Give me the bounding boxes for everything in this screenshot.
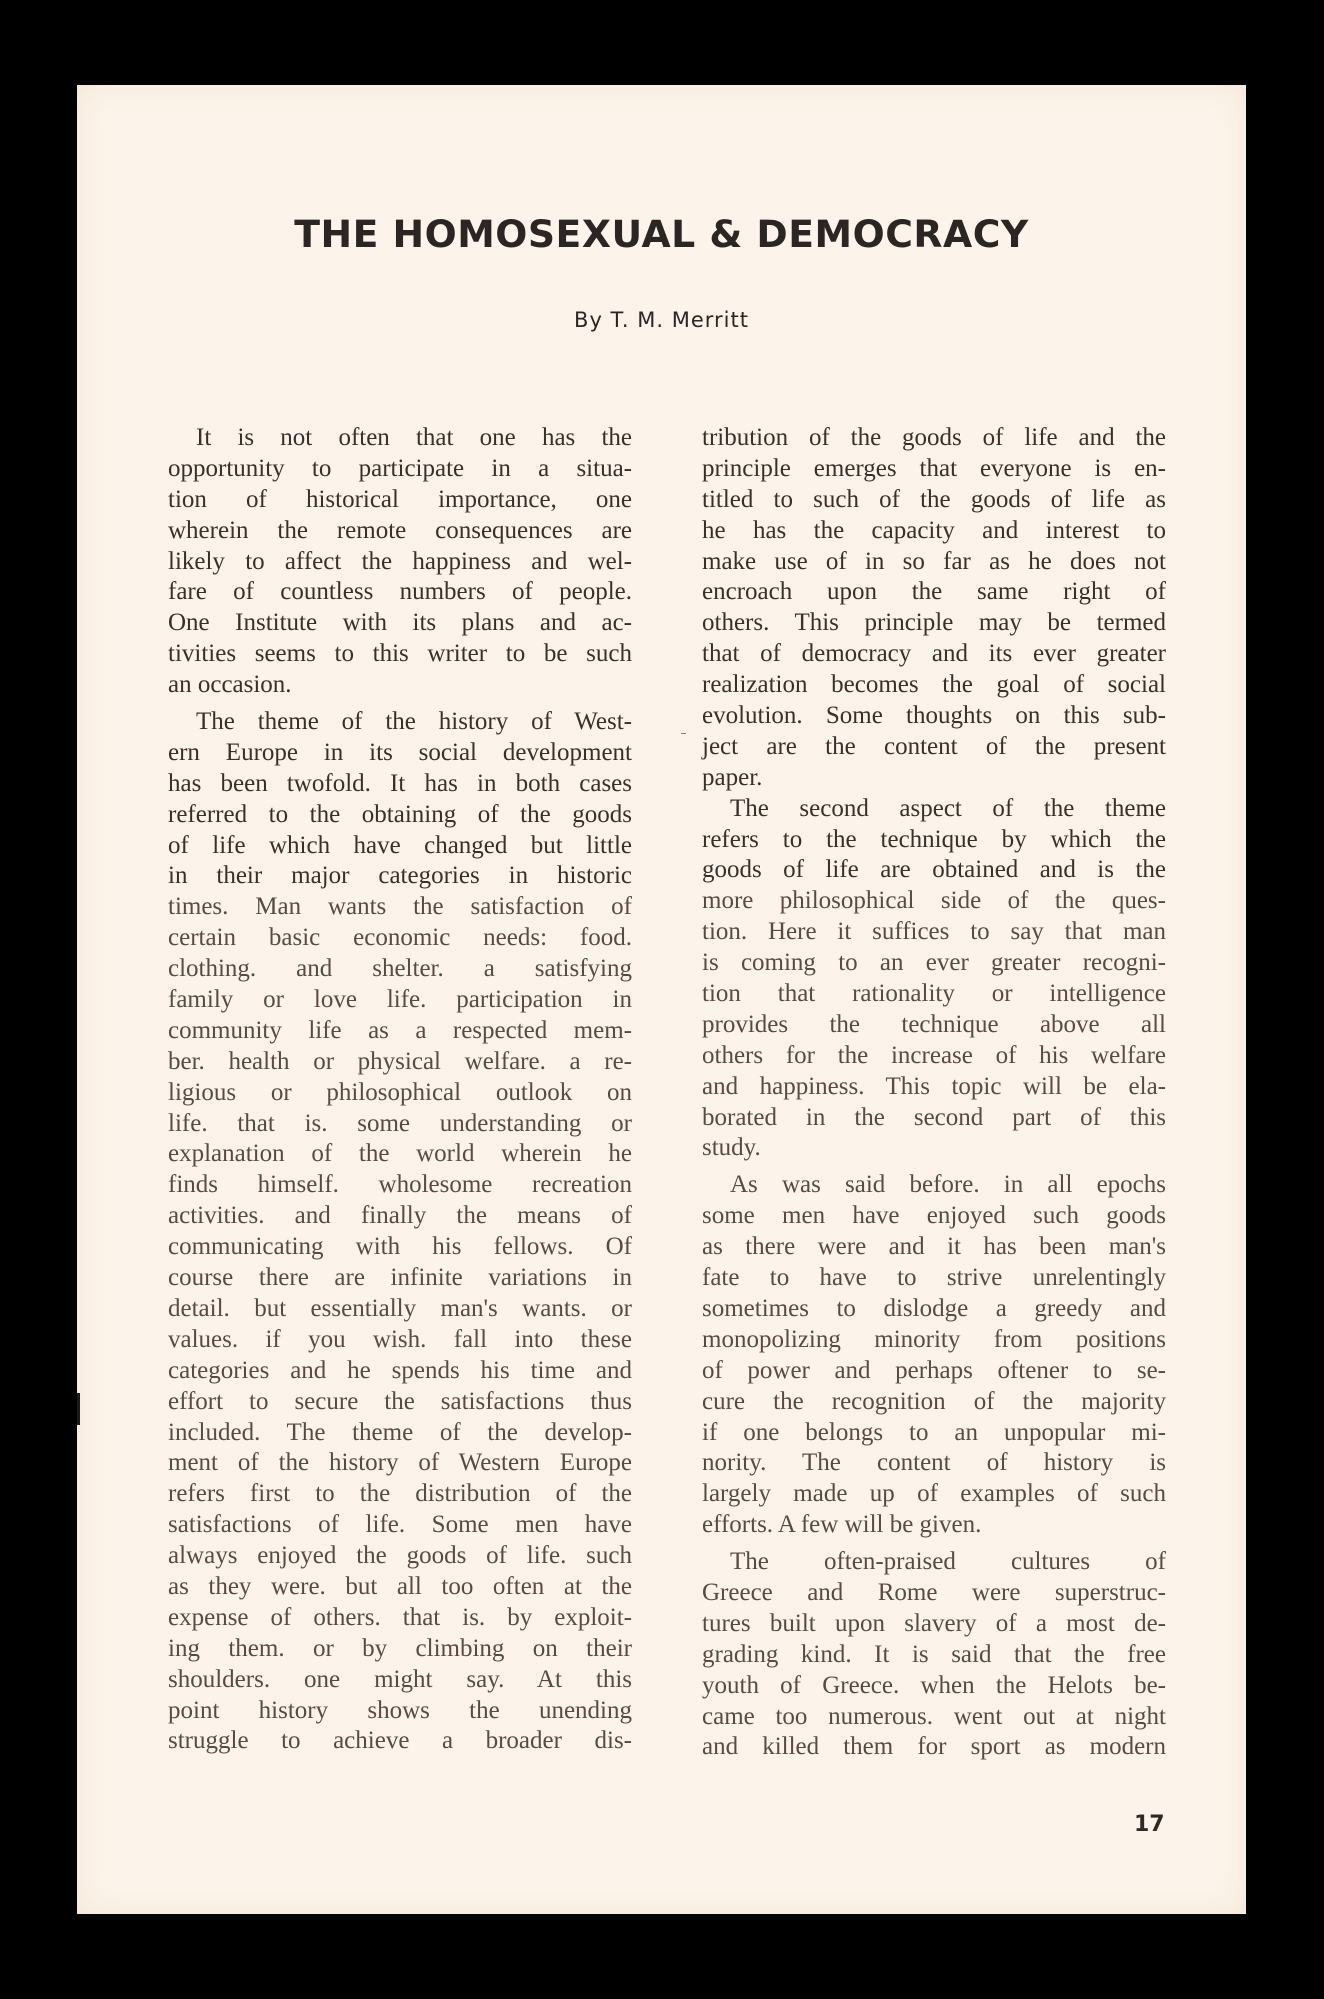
text-line: realization becomes the goal of social: [702, 670, 1166, 701]
text-line: Greece and Rome were superstruc-: [702, 1578, 1166, 1609]
text-line: monopolizing minority from positions: [702, 1325, 1166, 1356]
text-line: One Institute with its plans and ac-: [168, 608, 632, 639]
text-line: tion. Here it suffices to say that man: [702, 917, 1166, 948]
text-line: has been twofold. It has in both cases: [168, 769, 632, 800]
left-column: It is not often that one has the opportu…: [168, 423, 632, 1757]
text-line: is coming to an ever greater recogni-: [702, 948, 1166, 979]
text-line: ject are the content of the present: [702, 732, 1166, 763]
text-line: an occasion.: [168, 670, 632, 701]
text-line: ligious or philosophical outlook on: [168, 1078, 632, 1109]
paragraph: The often-praised cultures of Greece and…: [702, 1547, 1166, 1763]
text-line: fate to have to strive unrelentingly: [702, 1263, 1166, 1294]
paragraph: As was said before. in all epochs some m…: [702, 1170, 1166, 1541]
text-line: referred to the obtaining of the goods: [168, 800, 632, 831]
text-line: The often-praised cultures of: [702, 1547, 1166, 1578]
text-line: and happiness. This topic will be ela-: [702, 1072, 1166, 1103]
magazine-page: THE HOMOSEXUAL & DEMOCRACY By T. M. Merr…: [77, 85, 1246, 1914]
article-title: THE HOMOSEXUAL & DEMOCRACY: [65, 213, 1257, 256]
text-line: The second aspect of the theme: [702, 794, 1166, 825]
text-line: As was said before. in all epochs: [702, 1170, 1166, 1201]
text-line: make use of in so far as he does not: [702, 547, 1166, 578]
text-line: that of democracy and its ever greater: [702, 639, 1166, 670]
text-line: refers to the technique by which the: [702, 825, 1166, 856]
text-line: of power and perhaps oftener to se-: [702, 1356, 1166, 1387]
text-line: largely made up of examples of such: [702, 1479, 1166, 1510]
text-line: ber. health or physical welfare. a re-: [168, 1047, 632, 1078]
text-line: some men have enjoyed such goods: [702, 1201, 1166, 1232]
text-line: activities. and finally the means of: [168, 1201, 632, 1232]
text-line: if one belongs to an unpopular mi-: [702, 1418, 1166, 1449]
text-line: tion of historical importance, one: [168, 485, 632, 516]
text-line: explanation of the world wherein he: [168, 1139, 632, 1170]
text-line: of life which have changed but little: [168, 831, 632, 862]
text-line: always enjoyed the goods of life. such: [168, 1541, 632, 1572]
text-line: youth of Greece. when the Helots be-: [702, 1671, 1166, 1702]
text-line: more philosophical side of the ques-: [702, 886, 1166, 917]
text-line: titled to such of the goods of life as: [702, 485, 1166, 516]
right-column: tribution of the goods of life and the p…: [702, 423, 1166, 1763]
text-line: finds himself. wholesome recreation: [168, 1170, 632, 1201]
text-line: borated in the second part of this: [702, 1103, 1166, 1134]
text-line: life. that is. some understanding or: [168, 1109, 632, 1140]
text-line: ern Europe in its social development: [168, 738, 632, 769]
text-line: paper.: [702, 763, 1166, 794]
text-line: communicating with his fellows. Of: [168, 1232, 632, 1263]
text-line: and killed them for sport as modern: [702, 1732, 1166, 1763]
text-line: came too numerous. went out at night: [702, 1702, 1166, 1733]
binding-edge-mark: [77, 1393, 80, 1425]
text-line: goods of life are obtained and is the: [702, 855, 1166, 886]
text-line: times. Man wants the satisfaction of: [168, 892, 632, 923]
text-line: others. This principle may be termed: [702, 608, 1166, 639]
text-line: shoulders. one might say. At this: [168, 1665, 632, 1696]
text-line: likely to affect the happiness and wel-: [168, 547, 632, 578]
text-line: as they were. but all too often at the: [168, 1572, 632, 1603]
article-byline: By T. M. Merritt: [77, 308, 1246, 332]
text-line: provides the technique above all: [702, 1010, 1166, 1041]
text-line: tivities seems to this writer to be such: [168, 639, 632, 670]
text-line: effort to secure the satisfactions thus: [168, 1387, 632, 1418]
text-line: values. if you wish. fall into these: [168, 1325, 632, 1356]
text-line: ing them. or by climbing on their: [168, 1634, 632, 1665]
text-line: tures built upon slavery of a most de-: [702, 1609, 1166, 1640]
text-line: grading kind. It is said that the free: [702, 1640, 1166, 1671]
text-line: point history shows the unending: [168, 1696, 632, 1727]
text-line: tion that rationality or intelligence: [702, 979, 1166, 1010]
text-line: he has the capacity and interest to: [702, 516, 1166, 547]
text-line: categories and he spends his time and: [168, 1356, 632, 1387]
paragraph: The theme of the history of West- ern Eu…: [168, 707, 632, 1757]
text-line: refers first to the distribution of the: [168, 1479, 632, 1510]
text-line: The theme of the history of West-: [168, 707, 632, 738]
text-line: wherein the remote consequences are: [168, 516, 632, 547]
text-line: course there are infinite variations in: [168, 1263, 632, 1294]
text-line: sometimes to dislodge a greedy and: [702, 1294, 1166, 1325]
text-line: ment of the history of Western Europe: [168, 1448, 632, 1479]
text-line: nority. The content of history is: [702, 1448, 1166, 1479]
text-line: others for the increase of his welfare: [702, 1041, 1166, 1072]
text-line: included. The theme of the develop-: [168, 1418, 632, 1449]
text-line: detail. but essentially man's wants. or: [168, 1294, 632, 1325]
text-line: efforts. A few will be given.: [702, 1510, 1166, 1541]
paragraph: It is not often that one has the opportu…: [168, 423, 632, 701]
text-line: struggle to achieve a broader dis-: [168, 1726, 632, 1757]
text-line: tribution of the goods of life and the: [702, 423, 1166, 454]
text-line: in their major categories in historic: [168, 861, 632, 892]
text-line: as there were and it has been man's: [702, 1232, 1166, 1263]
text-line: certain basic economic needs: food.: [168, 923, 632, 954]
text-line: satisfactions of life. Some men have: [168, 1510, 632, 1541]
paragraph: The second aspect of the theme refers to…: [702, 794, 1166, 1165]
text-line: principle emerges that everyone is en-: [702, 454, 1166, 485]
text-line: opportunity to participate in a situa-: [168, 454, 632, 485]
text-line: fare of countless numbers of people.: [168, 577, 632, 608]
page-number: 17: [1134, 1812, 1165, 1837]
text-line: encroach upon the same right of: [702, 577, 1166, 608]
text-line: family or love life. participation in: [168, 985, 632, 1016]
text-line: expense of others. that is. by exploit-: [168, 1603, 632, 1634]
text-line: It is not often that one has the: [168, 423, 632, 454]
text-line: community life as a respected mem-: [168, 1016, 632, 1047]
text-line: clothing. and shelter. a satisfying: [168, 954, 632, 985]
paragraph: tribution of the goods of life and the p…: [702, 423, 1166, 794]
text-line: cure the recognition of the majority: [702, 1387, 1166, 1418]
text-line: study.: [702, 1133, 1166, 1164]
text-line: evolution. Some thoughts on this sub-: [702, 701, 1166, 732]
print-speck: [681, 733, 686, 734]
